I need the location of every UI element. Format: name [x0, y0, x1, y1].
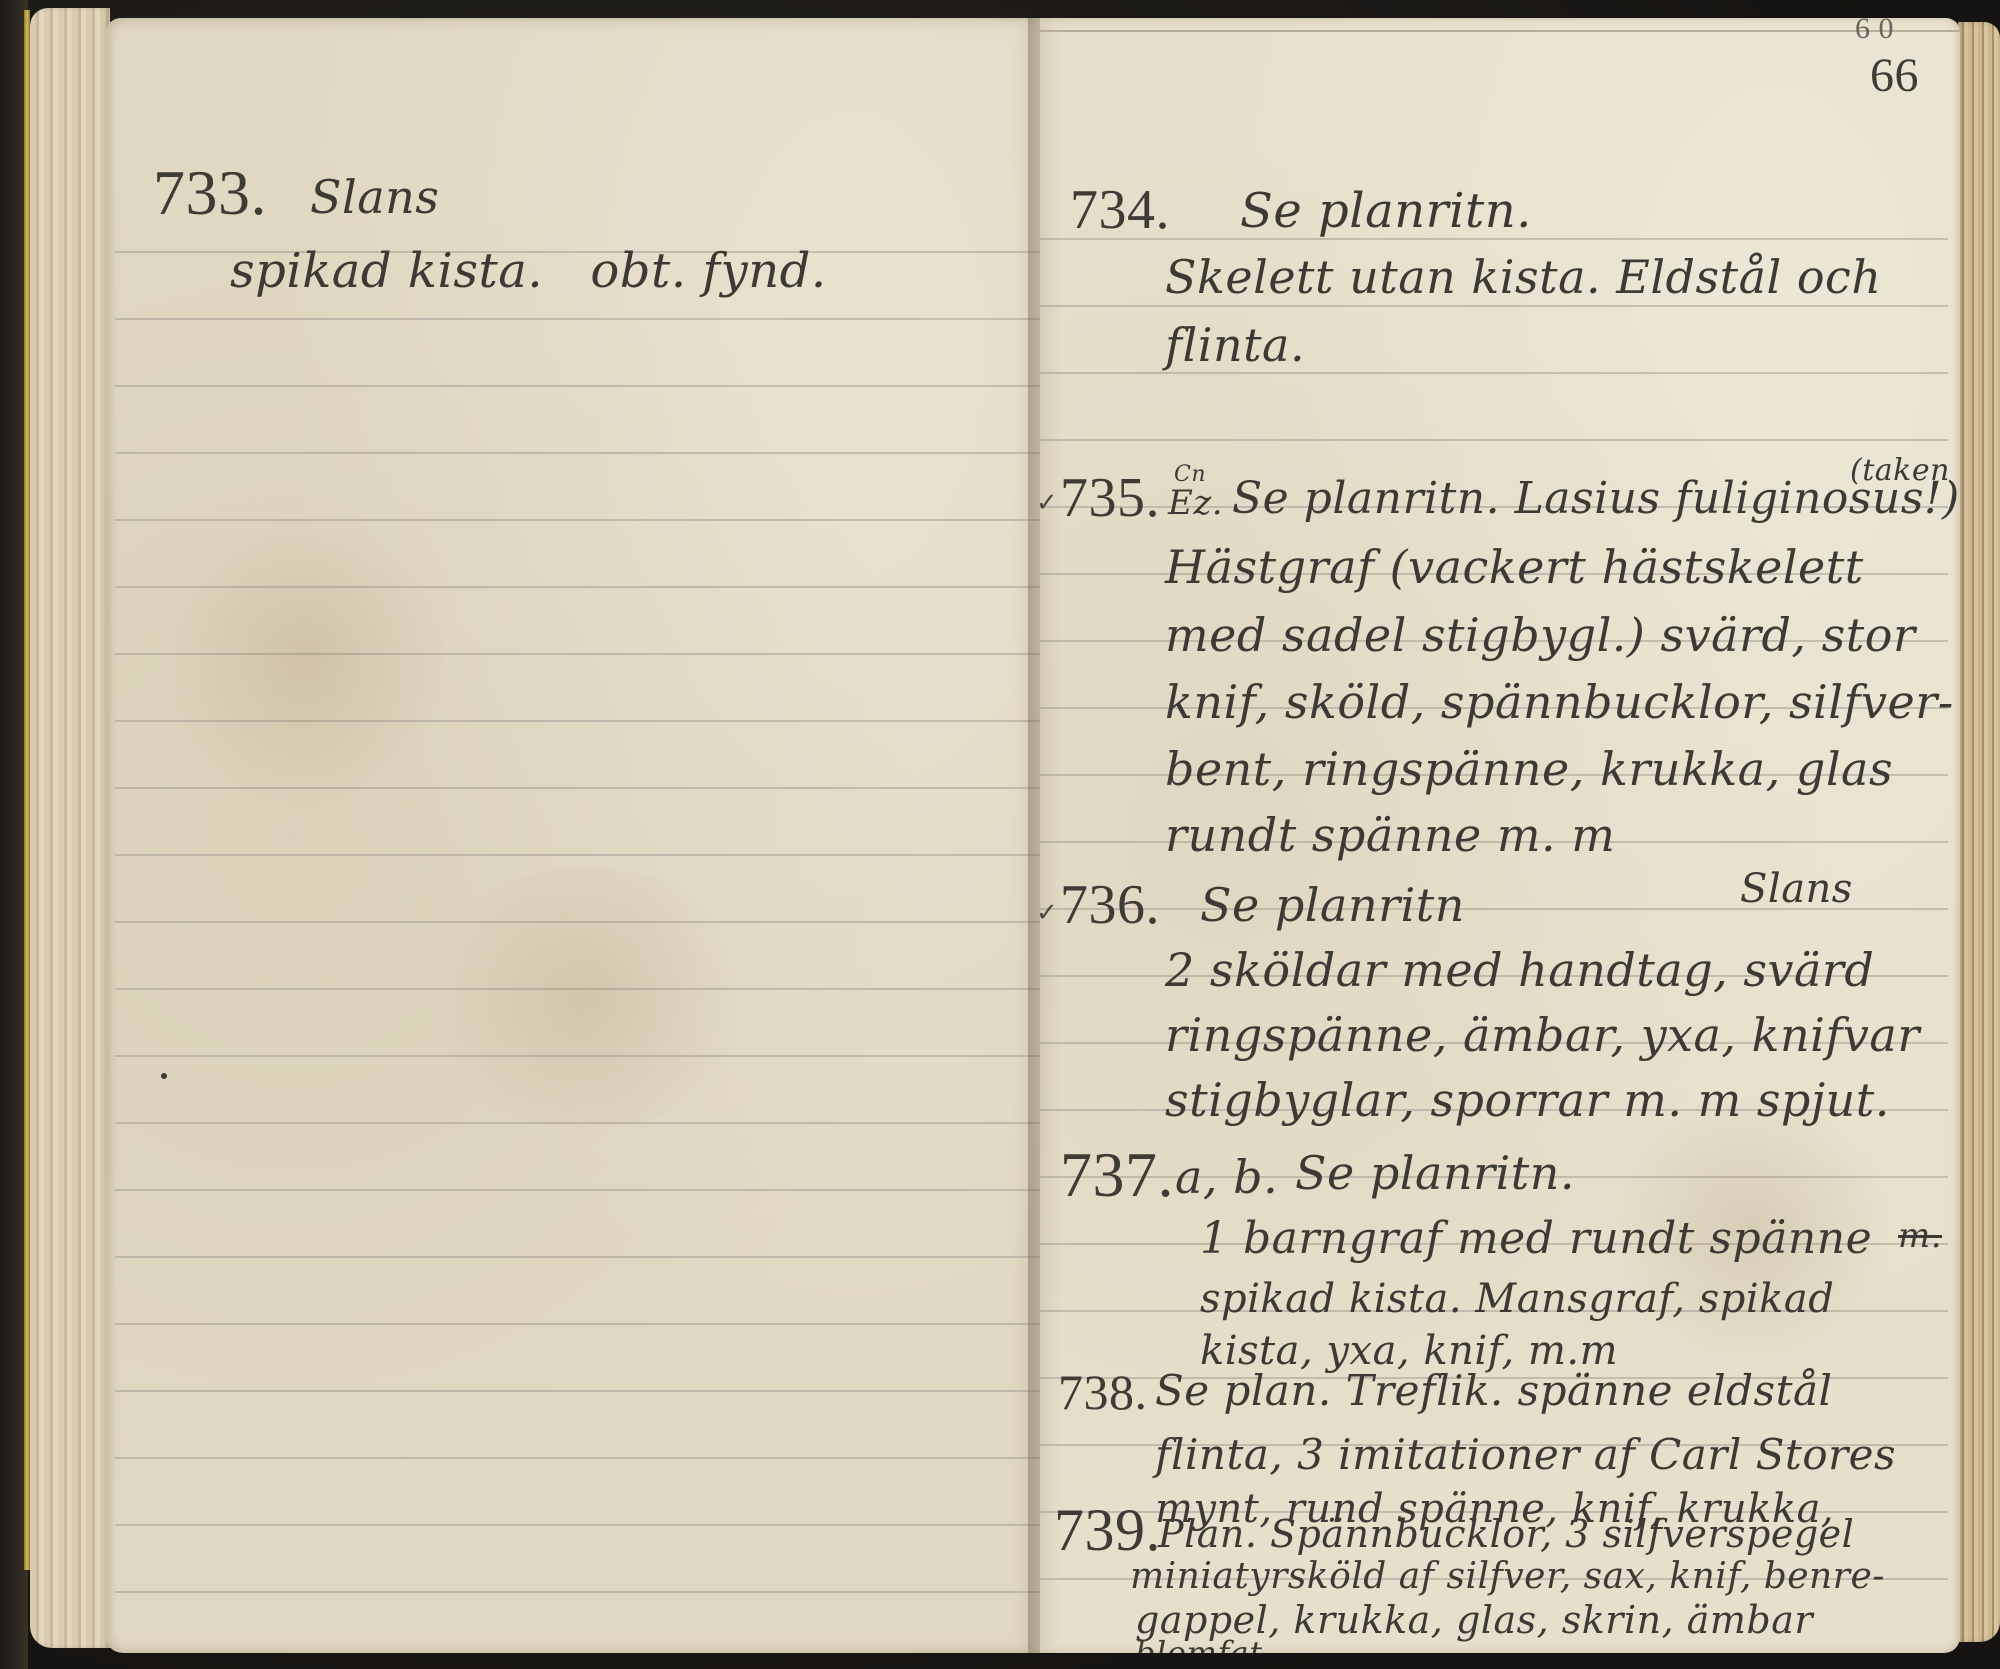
entry-number: 737.	[1060, 1138, 1174, 1212]
entry-number: 733.	[153, 156, 267, 230]
ruled-line	[1040, 372, 1948, 374]
ruled-line	[1040, 439, 1948, 441]
ruled-line	[115, 1189, 1040, 1191]
ruled-line	[115, 1457, 1040, 1459]
entry-number: 738.	[1058, 1363, 1148, 1421]
entry-line: blomfat.	[1135, 1634, 1273, 1653]
ruled-line	[115, 1390, 1040, 1392]
entry-annotation: (taken	[1850, 453, 1950, 488]
entry-line: 1 barngraf med rundt spänne	[1200, 1213, 1872, 1264]
ruled-line	[115, 1256, 1040, 1258]
entry-line: Se planritn.	[1295, 1146, 1575, 1200]
entry-line: med sadel stigbygl.) svärd, stor	[1165, 608, 1915, 662]
entry-line: Se planritn.	[1240, 183, 1532, 239]
page-number: 66	[1870, 48, 1919, 103]
entry-line: 2 sköldar med handtag, svärd	[1165, 943, 1874, 997]
entry-line: ringspänne, ämbar, yxa, knifvar	[1165, 1008, 1920, 1062]
ruled-line	[115, 1524, 1040, 1526]
ruled-line	[115, 1323, 1040, 1325]
page-stack-left	[30, 8, 110, 1648]
right-page: 6 0 66 734. Se planritn. Skelett utan ki…	[1040, 18, 1960, 1653]
entry-line: spikad kista. obt. fynd.	[230, 243, 827, 299]
ink-dot	[161, 1073, 167, 1079]
left-page: 733. Slans spikad kista. obt. fynd.	[105, 18, 1040, 1653]
ruled-line	[115, 854, 1040, 856]
entry-line: stigbyglar, sporrar m. m spjut.	[1165, 1073, 1890, 1127]
entry-line: rundt spänne m. m	[1165, 808, 1615, 862]
entry-line: bent, ringspänne, krukka, glas	[1165, 742, 1893, 796]
entry-number: 736.	[1060, 873, 1160, 937]
struck-text: m.	[1898, 1216, 1942, 1256]
entry-sub-labels: a, b.	[1175, 1150, 1278, 1204]
entry-line: spikad kista. Mansgraf, spikad	[1200, 1276, 1834, 1322]
foxing-stain	[405, 868, 765, 1128]
ruled-line	[1040, 305, 1948, 307]
entry-annotation: Slans	[1740, 866, 1853, 912]
ruled-line	[115, 385, 1040, 387]
page-stack-right	[1958, 22, 2000, 1642]
entry-line: Se plan. Treflik. spänne eldstål	[1155, 1366, 1832, 1415]
entry-number: 735.	[1060, 466, 1160, 530]
entry-line: knif, sköld, spännbucklor, silfver-	[1165, 675, 1954, 729]
entry-line: Plan. Spännbucklor, 3 silfverspegel	[1158, 1512, 1854, 1556]
entry-line: Hästgraf (vackert hästskelett	[1165, 540, 1864, 594]
ruled-line	[115, 452, 1040, 454]
entry-line: Se planritn	[1200, 878, 1465, 932]
checkmark-icon: ✓	[1040, 898, 1058, 928]
checkmark-icon: ✓	[1040, 488, 1058, 518]
ruled-line	[115, 1591, 1040, 1593]
entry-line: Slans	[310, 170, 439, 224]
entry-line: Skelett utan kista. Eldstål och	[1165, 250, 1881, 304]
entry-number: 739.	[1054, 1496, 1161, 1565]
foxing-stain	[165, 498, 445, 818]
entry-prefix: Ez.	[1168, 483, 1223, 523]
faint-page-number: 6 0	[1855, 18, 1894, 46]
entry-line: flinta, 3 imitationer af Carl Stores	[1155, 1430, 1896, 1479]
entry-number: 734.	[1070, 178, 1170, 242]
entry-line: miniatyrsköld af silfver, sax, knif, ben…	[1130, 1556, 1885, 1597]
page-top-strip	[1040, 18, 1960, 32]
entry-line: flinta.	[1165, 318, 1305, 372]
ruled-line	[115, 318, 1040, 320]
